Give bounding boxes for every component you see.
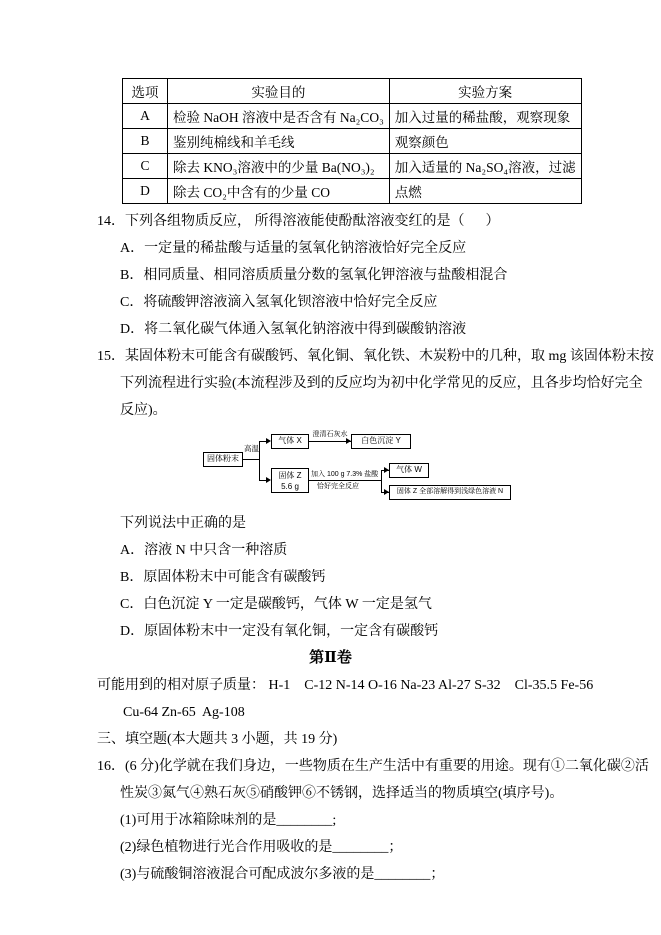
table-row: B 鉴别纯棉线和羊毛线 观察颜色 (123, 129, 582, 154)
q14-option-c: C．将硫酸钾溶液滴入氢氧化钡溶液中恰好完全反应 (120, 289, 661, 316)
q15-question: 下列说法中正确的是 (120, 510, 661, 537)
exam-page: 选项 实验目的 实验方案 A 检验 NaOH 溶液中是否含有 Na₂CO₃ 加入… (0, 0, 661, 935)
row-c-option: C (123, 154, 168, 179)
flowchart-solid-z-mass: 5.6 g (272, 481, 308, 492)
row-d-option: D (123, 179, 168, 204)
q14-stem: 14．下列各组物质反应， 所得溶液能使酚酞溶液变红的是（ ） (97, 208, 661, 235)
flowchart-box-solution-n: 固体 Z 全部溶解得到浅绿色溶液 N (389, 485, 511, 500)
q16-blank-1: (1)可用于冰箱除味剂的是________; (120, 807, 661, 834)
row-b-plan: 观察颜色 (389, 129, 581, 154)
row-c-purpose: 除去 KNO₃溶液中的少量 Ba(NO₃)₂ (168, 154, 390, 179)
row-b-option: B (123, 129, 168, 154)
flowchart-box-solid-powder: 固体粉末 (203, 452, 243, 467)
q15-option-b: B．原固体粉末中可能含有碳酸钙 (120, 564, 661, 591)
experiment-table: 选项 实验目的 实验方案 A 检验 NaOH 溶液中是否含有 Na₂CO₃ 加入… (122, 78, 582, 204)
flowchart-label-complete-reaction: 恰好完全反应 (317, 483, 359, 491)
flowchart-solid-z-name: 固体 Z (272, 470, 308, 481)
section3-heading: 三、填空题(本大题共 3 小题，共 19 分) (97, 726, 661, 753)
flowchart-box-white-precipitate-y: 白色沉淀 Y (351, 434, 411, 449)
q14-option-a: A．一定量的稀盐酸与适量的氢氧化钠溶液恰好完全反应 (120, 235, 661, 262)
table-row: C 除去 KNO₃溶液中的少量 Ba(NO₃)₂ 加入适量的 Na₂SO₄溶液，… (123, 154, 582, 179)
flowchart-label-limewater: 澄清石灰水 (309, 431, 351, 439)
flowchart-label-heat: 高温 (244, 445, 259, 453)
connector-line (381, 470, 382, 493)
atomic-masses-line-2: Cu-64 Zn-65 Ag-108 (123, 699, 661, 726)
q15-stem-line-2: 下列流程进行实验(本流程涉及到的反应均为初中化学常见的反应，且各步均恰好完全 (120, 370, 661, 397)
table-header-plan: 实验方案 (389, 79, 581, 104)
table-header-purpose: 实验目的 (168, 79, 390, 104)
table-header-option: 选项 (123, 79, 168, 104)
connector-line (259, 441, 260, 481)
q16-stem-line-1: 16．(6 分)化学就在我们身边，一些物质在生产生活中有重要的用途。现有①二氧化… (97, 753, 661, 780)
q15-option-a: A．溶液 N 中只含一种溶质 (120, 537, 661, 564)
q15-stem-line-3: 反应)。 (120, 397, 661, 424)
q15-option-c: C．白色沉淀 Y 一定是碳酸钙，气体 W 一定是氢气 (120, 591, 661, 618)
q14-option-d: D．将二氧化碳气体通入氢氧化钠溶液中得到碳酸钠溶液 (120, 316, 661, 343)
table-row: A 检验 NaOH 溶液中是否含有 Na₂CO₃ 加入过量的稀盐酸，观察现象 (123, 104, 582, 129)
row-d-plan: 点燃 (389, 179, 581, 204)
row-c-plan: 加入适量的 Na₂SO₄溶液，过滤 (389, 154, 581, 179)
part2-title: 第Ⅱ卷 (0, 645, 661, 672)
flowchart-label-hcl: 加入 100 g 7.3% 盐酸 (311, 471, 378, 479)
q14-option-b: B．相同质量、相同溶质质量分数的氢氧化钾溶液与盐酸相混合 (120, 262, 661, 289)
flowchart-box-solid-z: 固体 Z 5.6 g (271, 468, 309, 493)
connector-line (309, 480, 381, 481)
connector-line (243, 459, 259, 460)
q15-option-d: D．原固体粉末中一定没有氧化铜，一定含有碳酸钙 (120, 618, 661, 645)
row-a-plan: 加入过量的稀盐酸，观察现象 (389, 104, 581, 129)
row-a-option: A (123, 104, 168, 129)
table-row: D 除去 CO₂中含有的少量 CO 点燃 (123, 179, 582, 204)
flowchart-box-gas-w: 气体 W (389, 463, 429, 478)
connector-line (309, 441, 351, 442)
flowchart-box-gas-x: 气体 X (271, 434, 309, 449)
table-header-row: 选项 实验目的 实验方案 (123, 79, 582, 104)
q15-stem-line-1: 15．某固体粉末可能含有碳酸钙、氧化铜、氧化铁、木炭粉中的几种，取 mg 该固体… (97, 343, 661, 370)
row-b-purpose: 鉴别纯棉线和羊毛线 (168, 129, 390, 154)
row-d-purpose: 除去 CO₂中含有的少量 CO (168, 179, 390, 204)
atomic-masses-line-1: 可能用到的相对原子质量： H-1 C-12 N-14 O-16 Na-23 Al… (97, 672, 661, 699)
q16-blank-2: (2)绿色植物进行光合作用吸收的是________； (120, 834, 661, 861)
q16-stem-line-2: 性炭③氮气④熟石灰⑤硝酸钾⑥不锈钢，选择适当的物质填空(填序号)。 (120, 780, 661, 807)
row-a-purpose: 检验 NaOH 溶液中是否含有 Na₂CO₃ (168, 104, 390, 129)
q16-blank-3: (3)与硫酸铜溶液混合可配成波尔多液的是________； (120, 861, 661, 888)
q15-flowchart: 固体粉末 高温 气体 X 澄清石灰水 白色沉淀 Y 固体 Z 5.6 g 加入 … (203, 429, 513, 503)
